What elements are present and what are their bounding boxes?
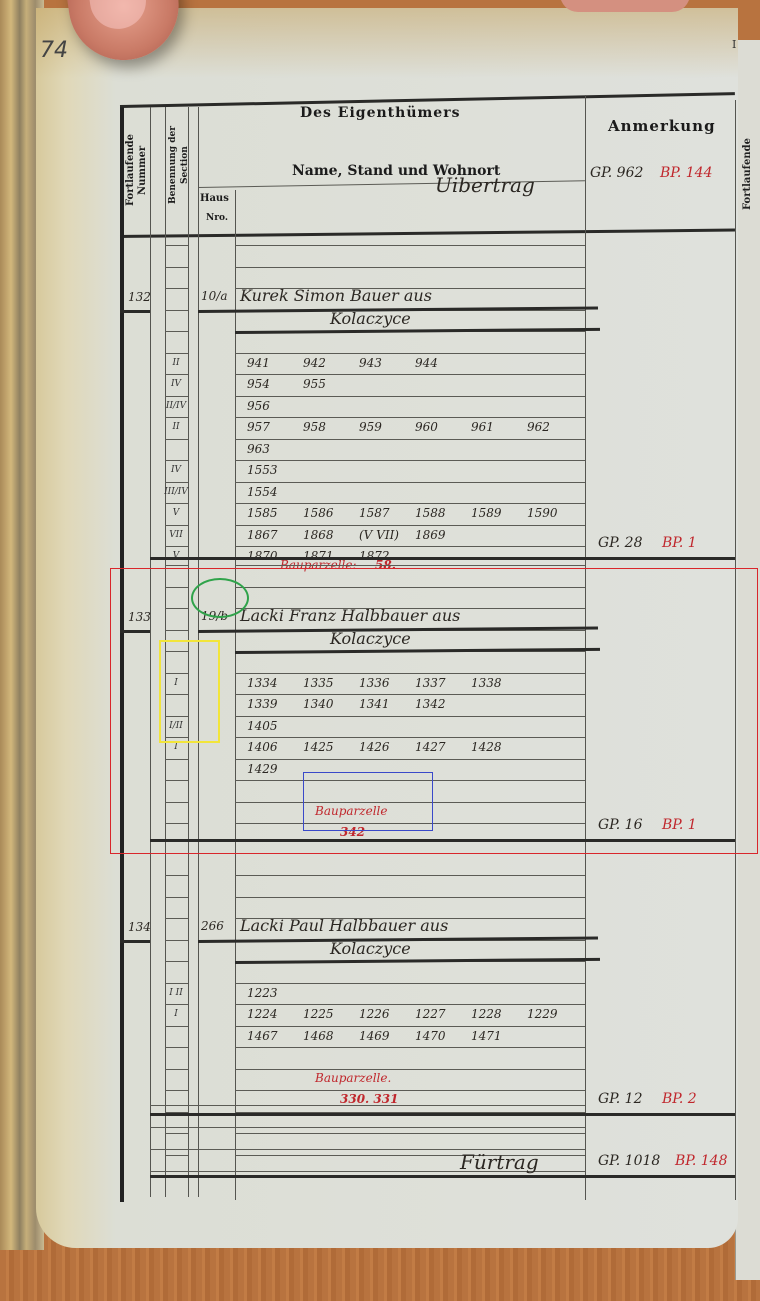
entry-end-line — [150, 557, 735, 560]
header-house-no: Nro. — [206, 213, 228, 223]
ruled-line — [235, 1069, 585, 1070]
section-ruled-line — [165, 267, 188, 268]
remark-gp: GP. 28 — [598, 535, 642, 551]
owner-residence: Kolaczyce — [330, 939, 411, 958]
section-mark: IV — [161, 379, 191, 389]
parcel-number: 955 — [303, 377, 326, 391]
section-ruled-line — [165, 983, 188, 984]
ruled-line — [150, 1127, 585, 1128]
entry-divider — [120, 940, 150, 943]
carry-in-bp: BP. 144 — [660, 165, 713, 181]
header-running-number: Fortlaufende Nummer — [125, 115, 147, 225]
highlight-blue-box — [303, 772, 433, 831]
ruled-line — [235, 245, 585, 246]
next-page-header: Fortlaufende — [742, 80, 758, 210]
parcel-number: 1225 — [303, 1007, 334, 1021]
section-ruled-line — [165, 940, 188, 941]
section-ruled-line — [165, 1026, 188, 1027]
section-mark: II — [161, 422, 191, 432]
header-owner: Des Eigenthümers — [300, 105, 460, 121]
remark-bp: BP. 2 — [662, 1091, 697, 1107]
ruled-line — [235, 1004, 585, 1005]
entry-name-underline — [235, 958, 600, 964]
section-ruled-line — [165, 875, 188, 876]
section-ruled-line — [165, 439, 188, 440]
ruled-line — [235, 267, 585, 268]
section-ruled-line — [165, 310, 188, 311]
section-ruled-line — [165, 525, 188, 526]
parcel-number: 954 — [247, 377, 270, 391]
header-remark: Anmerkung — [608, 117, 716, 135]
parcel-number: 1471 — [471, 1029, 502, 1043]
building-parcel-numbers: 330. 331 — [340, 1092, 398, 1106]
parcel-number: 943 — [359, 356, 382, 370]
section-ruled-line — [165, 503, 188, 504]
parcel-number: 1554 — [247, 485, 278, 499]
carry-in-gp: GP. 962 — [590, 165, 643, 181]
section-ruled-line — [165, 396, 188, 397]
ruled-line — [235, 875, 585, 876]
ruled-line — [235, 503, 585, 504]
ruled-line — [235, 1133, 585, 1134]
entry-number: 134 — [128, 920, 151, 934]
section-ruled-line — [165, 1004, 188, 1005]
parcel-number: 1229 — [527, 1007, 558, 1021]
carry-out-label: Fürtrag — [460, 1150, 539, 1174]
parcel-number: 957 — [247, 420, 270, 434]
house-number: 10/a — [201, 289, 227, 303]
parcel-number: 1467 — [247, 1029, 278, 1043]
ruled-line — [235, 482, 585, 483]
finger — [560, 0, 690, 12]
entry-divider — [120, 310, 150, 313]
entry-end-line — [150, 1113, 735, 1116]
corner-mark: I — [732, 38, 736, 51]
section-ruled-line — [165, 1069, 188, 1070]
ruled-line — [235, 565, 585, 566]
section-ruled-line — [165, 1155, 188, 1156]
parcel-number: 1589 — [471, 506, 502, 520]
section-ruled-line — [165, 288, 188, 289]
ruled-line — [235, 983, 585, 984]
parcel-number: 962 — [527, 420, 550, 434]
section-mark: I II — [161, 988, 191, 998]
section-mark: I — [161, 1009, 191, 1019]
house-number: 266 — [201, 919, 224, 933]
parcel-number: 1586 — [303, 506, 334, 520]
parcel-number: 1228 — [471, 1007, 502, 1021]
section-mark: V — [161, 508, 191, 518]
section-ruled-line — [165, 417, 188, 418]
owner-name: Kurek Simon Bauer aus — [240, 286, 432, 305]
ruled-line — [235, 897, 585, 898]
remark-gp: GP. 12 — [598, 1091, 642, 1107]
parcel-number: 958 — [303, 420, 326, 434]
section-ruled-line — [165, 353, 188, 354]
building-parcel-label: Bauparzelle. — [315, 1071, 391, 1085]
section-ruled-line — [165, 565, 188, 566]
parcel-number: 963 — [247, 442, 270, 456]
carry-out-bp: BP. 148 — [675, 1153, 728, 1169]
footer-line — [150, 1175, 735, 1178]
section-mark: III/IV — [161, 487, 191, 497]
ruled-line — [235, 374, 585, 375]
parcel-number: 944 — [415, 356, 438, 370]
header-house: Haus — [200, 193, 229, 204]
section-mark: II/IV — [161, 401, 191, 411]
entry-name-underline — [235, 328, 600, 334]
section-ruled-line — [165, 460, 188, 461]
section-ruled-line — [165, 245, 188, 246]
parcel-number: 961 — [471, 420, 494, 434]
ruled-line — [235, 417, 585, 418]
owner-name: Lacki Paul Halbbauer aus — [240, 916, 448, 935]
parcel-number: 1585 — [247, 506, 278, 520]
parcel-number: 1227 — [415, 1007, 446, 1021]
parcel-number: 1868 — [303, 528, 334, 542]
parcel-number: 956 — [247, 399, 270, 413]
section-ruled-line — [165, 331, 188, 332]
section-ruled-line — [165, 961, 188, 962]
section-ruled-line — [165, 1090, 188, 1091]
parcel-number: (V VII) — [359, 528, 399, 542]
section-ruled-line — [165, 1047, 188, 1048]
parcel-number: 1587 — [359, 506, 390, 520]
parcel-number: 1468 — [303, 1029, 334, 1043]
parcel-number: 1588 — [415, 506, 446, 520]
ruled-line — [235, 439, 585, 440]
ruled-line — [235, 525, 585, 526]
owner-residence: Kolaczyce — [330, 309, 411, 328]
section-ruled-line — [165, 1133, 188, 1134]
parcel-number: 1590 — [527, 506, 558, 520]
ruled-line — [235, 460, 585, 461]
ruled-line — [235, 353, 585, 354]
section-ruled-line — [165, 482, 188, 483]
parcel-number: 1870 — [247, 549, 278, 563]
parcel-number: 941 — [247, 356, 270, 370]
section-ruled-line — [165, 897, 188, 898]
header-section: Benennung der Section — [167, 110, 189, 220]
ruled-line — [235, 396, 585, 397]
parcel-number: 1226 — [359, 1007, 390, 1021]
parcel-number: 1223 — [247, 986, 278, 1000]
section-mark: IV — [161, 465, 191, 475]
parcel-number: 960 — [415, 420, 438, 434]
parcel-number: 1553 — [247, 463, 278, 477]
highlight-green-ellipse — [191, 578, 249, 618]
highlight-yellow-box — [159, 640, 220, 743]
page-number: 74 — [40, 38, 68, 63]
parcel-number: 959 — [359, 420, 382, 434]
section-ruled-line — [165, 546, 188, 547]
carry-out-gp: GP. 1018 — [598, 1153, 660, 1169]
ruled-line — [235, 1047, 585, 1048]
carry-in-label: Uibertrag — [435, 173, 535, 197]
remark-bp: BP. 1 — [662, 535, 697, 551]
parcel-number: 1469 — [359, 1029, 390, 1043]
section-ruled-line — [165, 918, 188, 919]
section-ruled-line — [165, 374, 188, 375]
parcel-number: 1867 — [247, 528, 278, 542]
ruled-line — [235, 546, 585, 547]
parcel-number: 1224 — [247, 1007, 278, 1021]
entry-number: 132 — [128, 290, 151, 304]
parcel-number: 1869 — [415, 528, 446, 542]
section-mark: II — [161, 358, 191, 368]
ruled-line — [235, 1090, 585, 1091]
ruled-line — [150, 1105, 585, 1106]
parcel-number: 942 — [303, 356, 326, 370]
parcel-number: 1470 — [415, 1029, 446, 1043]
section-mark: VII — [161, 530, 191, 540]
ruled-line — [235, 1026, 585, 1027]
